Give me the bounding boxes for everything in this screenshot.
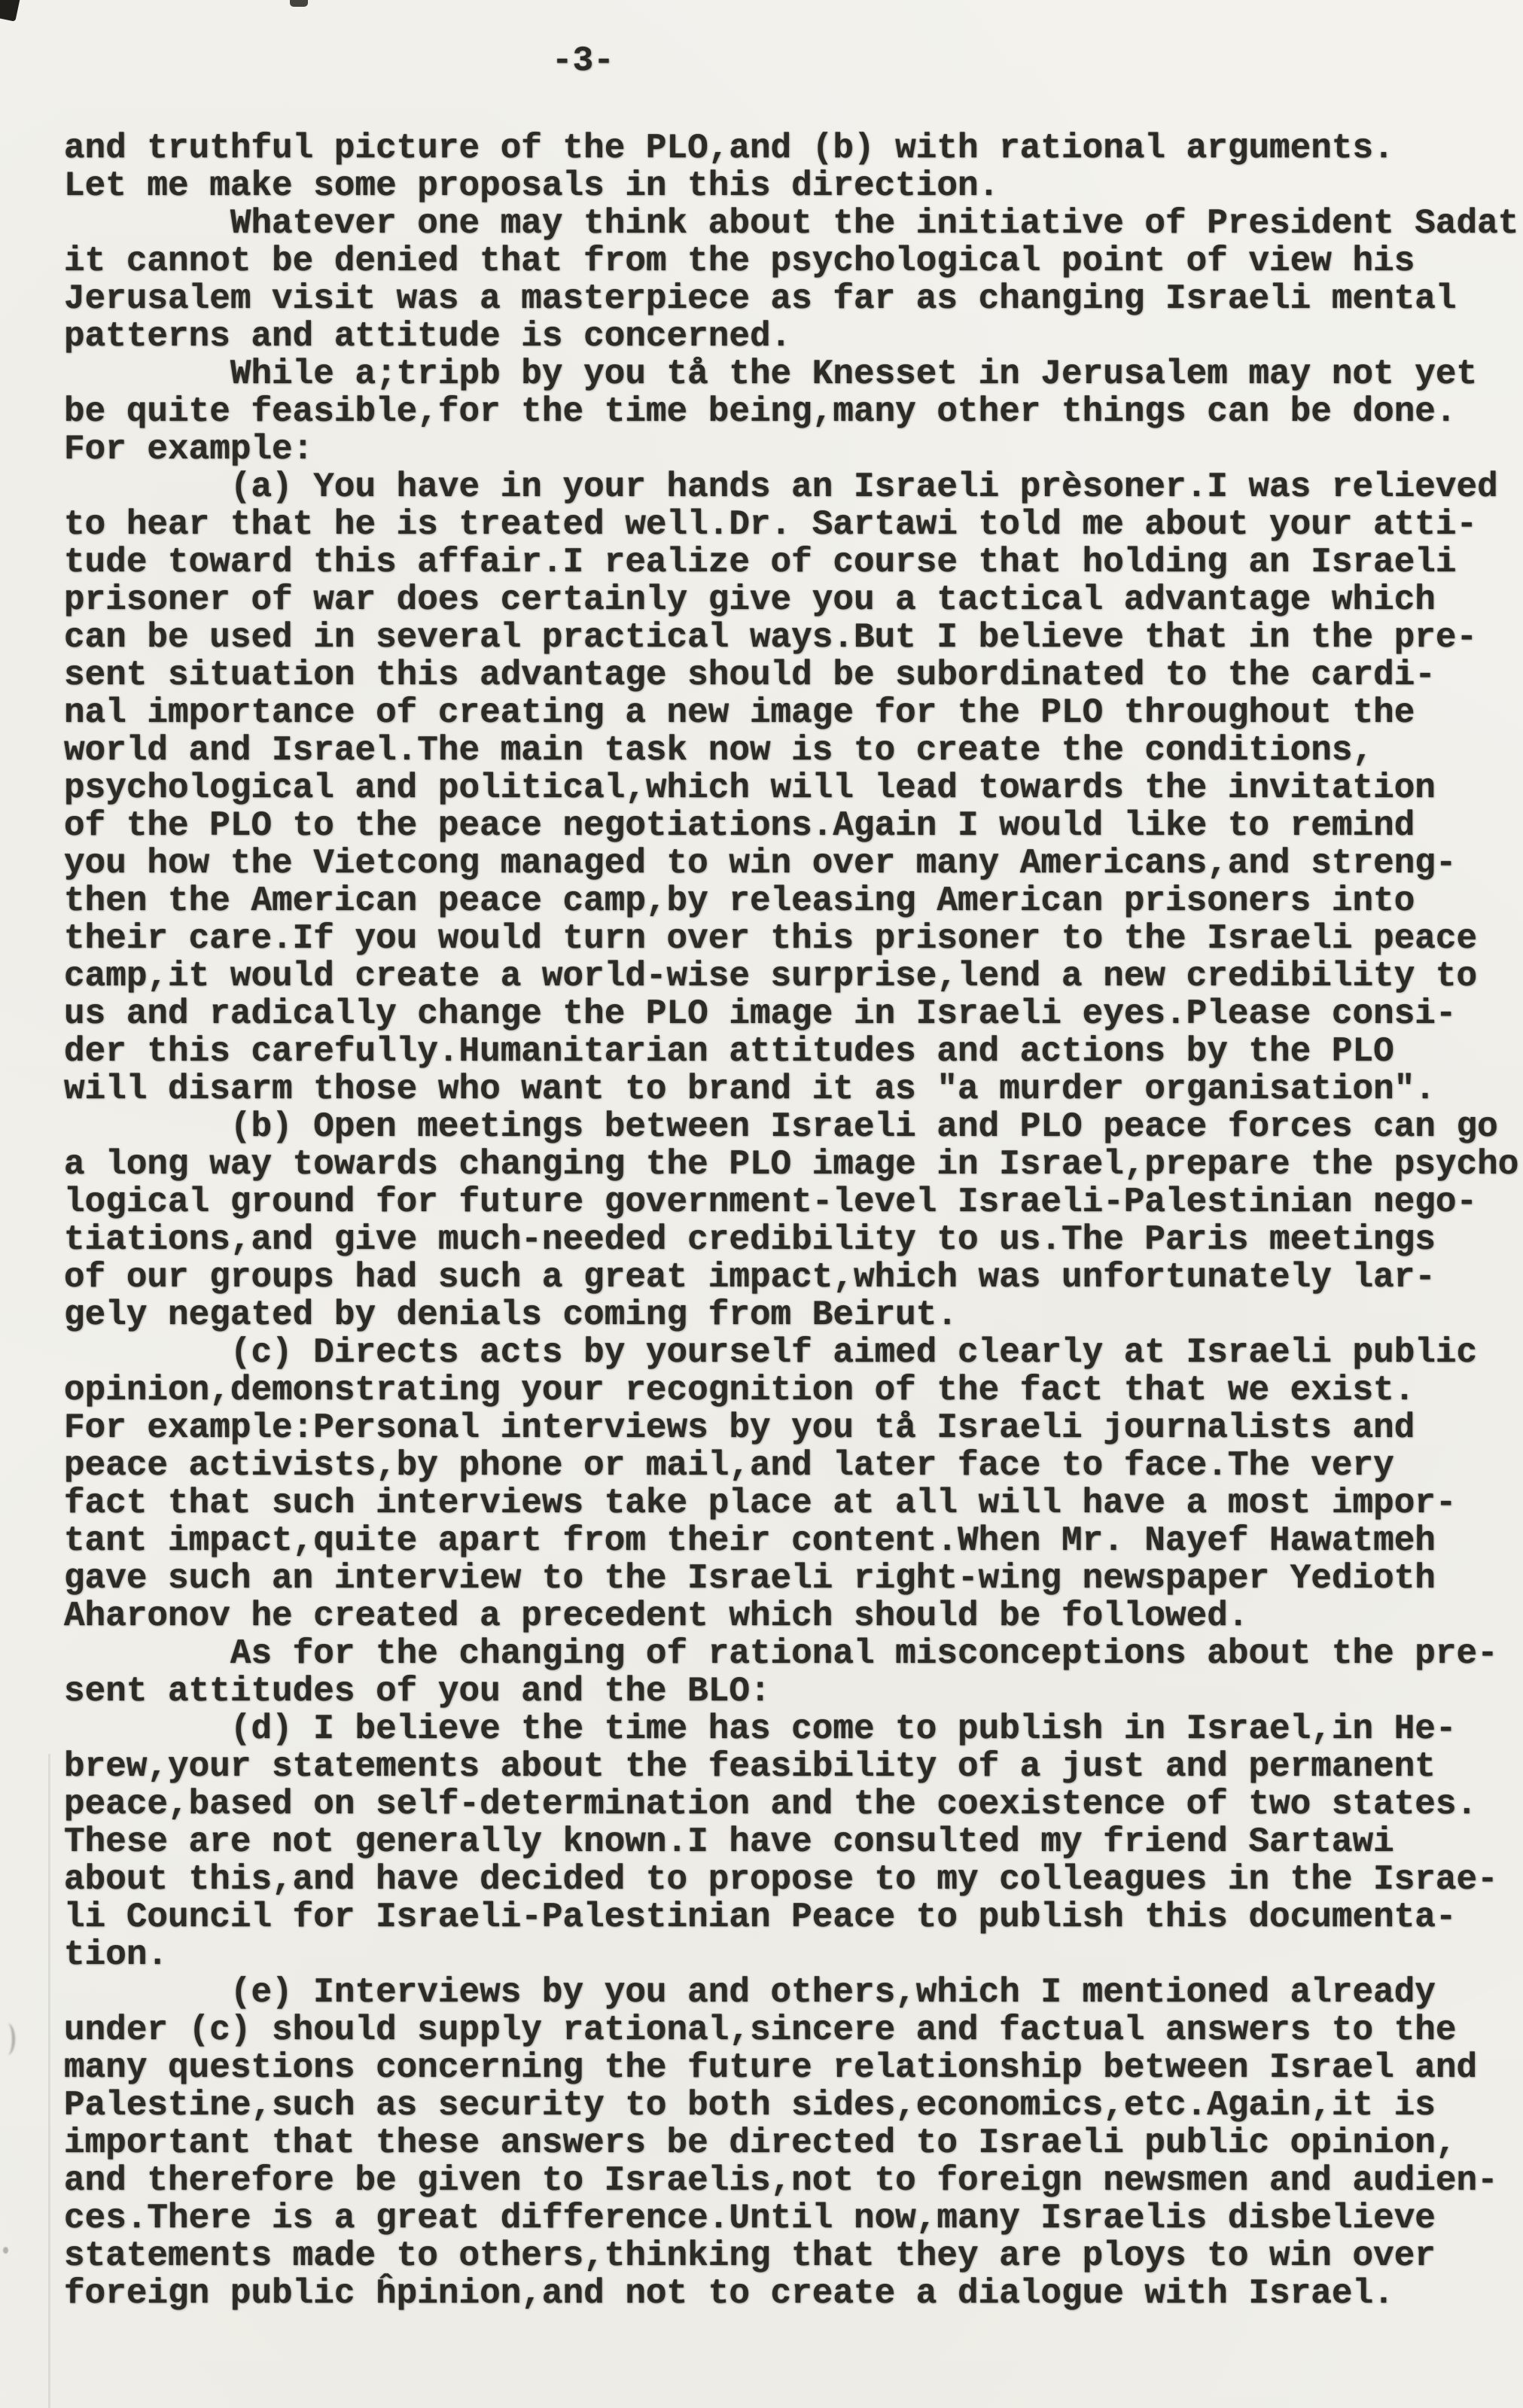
typewritten-body: and truthful picture of the PLO,and (b) … (64, 129, 1518, 2312)
scan-artifact-left-margin (0, 2023, 15, 2055)
scan-fold-line-left (48, 1754, 50, 2408)
scanned-typewritten-page: -3- and truthful picture of the PLO,and … (0, 0, 1523, 2408)
scan-smudge-top-left (0, 0, 20, 22)
scan-smudge-top-edge (290, 0, 308, 7)
page-number: -3- (552, 42, 614, 80)
scan-artifact-left-margin-dot (3, 2247, 8, 2254)
